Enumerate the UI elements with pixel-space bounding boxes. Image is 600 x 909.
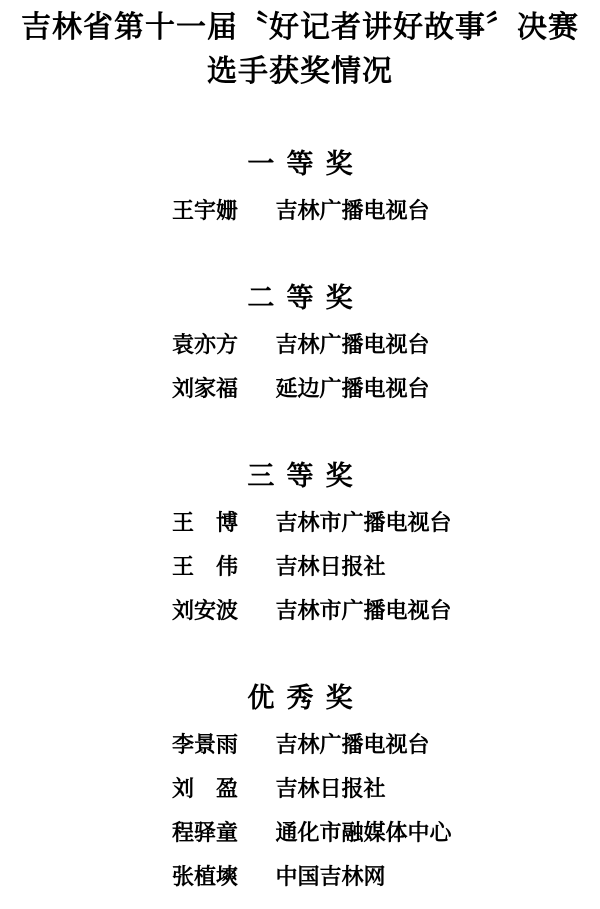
document-title-line2: 选手获奖情况 [207,55,393,88]
winner-row: 王 博 吉林市广播电视台 [0,508,600,538]
winner-name: 刘家福 [172,374,244,404]
award-heading-excellence-prize: 优秀奖 [0,680,600,716]
document-page: 吉林省第十一届〝好记者讲好故事〞决赛 选手获奖情况 一等奖 王宇姗 吉林广播电视… [0,0,600,909]
winner-name: 刘 盈 [172,774,244,804]
winner-row: 程驿童 通化市融媒体中心 [0,818,600,848]
winner-organization: 吉林日报社 [276,552,386,582]
award-section-second-prize: 二等奖 袁亦方 吉林广播电视台 刘家福 延边广播电视台 [0,280,600,404]
winner-name: 王 博 [172,508,244,538]
award-heading-first-prize: 一等奖 [0,146,600,182]
winner-organization: 吉林广播电视台 [276,196,430,226]
winner-row: 刘家福 延边广播电视台 [0,374,600,404]
winner-organization: 延边广播电视台 [276,374,430,404]
award-section-third-prize: 三等奖 王 博 吉林市广播电视台 王 伟 吉林日报社 刘安波 吉林市广播电视台 [0,458,600,626]
winner-organization: 吉林广播电视台 [276,730,430,760]
winner-row: 王宇姗 吉林广播电视台 [0,196,600,226]
winner-row: 张植塽 中国吉林网 [0,862,600,892]
winner-name: 程驿童 [172,818,244,848]
winner-row: 王 伟 吉林日报社 [0,552,600,582]
winner-name: 王 伟 [172,552,244,582]
document-title: 吉林省第十一届〝好记者讲好故事〞决赛 选手获奖情况 [0,6,600,94]
winner-organization: 吉林市广播电视台 [276,596,452,626]
winner-row: 袁亦方 吉林广播电视台 [0,330,600,360]
award-section-first-prize: 一等奖 王宇姗 吉林广播电视台 [0,146,600,226]
award-heading-second-prize: 二等奖 [0,280,600,316]
winner-organization: 吉林日报社 [276,774,386,804]
winner-row: 刘 盈 吉林日报社 [0,774,600,804]
winner-name: 李景雨 [172,730,244,760]
winner-name: 张植塽 [172,862,244,892]
winner-organization: 通化市融媒体中心 [276,818,452,848]
winner-name: 王宇姗 [172,196,244,226]
winner-name: 刘安波 [172,596,244,626]
award-heading-third-prize: 三等奖 [0,458,600,494]
document-title-line1: 吉林省第十一届〝好记者讲好故事〞决赛 [21,11,579,44]
winner-organization: 中国吉林网 [276,862,386,892]
winner-organization: 吉林市广播电视台 [276,508,452,538]
winner-row: 刘安波 吉林市广播电视台 [0,596,600,626]
award-section-excellence-prize: 优秀奖 李景雨 吉林广播电视台 刘 盈 吉林日报社 程驿童 通化市融媒体中心 张… [0,680,600,892]
winner-row: 李景雨 吉林广播电视台 [0,730,600,760]
winner-name: 袁亦方 [172,330,244,360]
winner-organization: 吉林广播电视台 [276,330,430,360]
